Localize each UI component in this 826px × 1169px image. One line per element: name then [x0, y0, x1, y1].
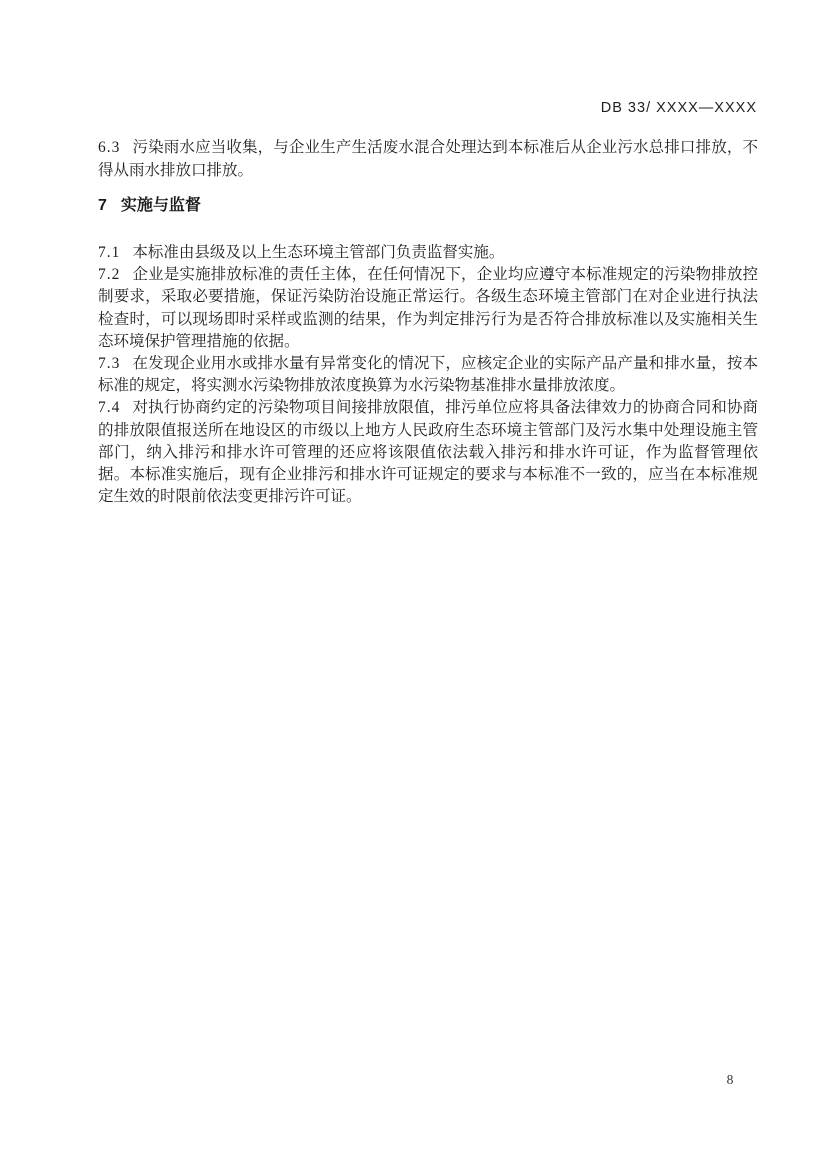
clause-7-2: 7.2企业是实施排放标准的责任主体，在任何情况下，企业均应遵守本标准规定的污染物… [98, 264, 758, 353]
page-number: 8 [720, 1072, 740, 1088]
clause-text: 本标准由县级及以上生态环境主管部门负责监督实施。 [132, 244, 504, 261]
clause-text: 对执行协商约定的污染物项目间接排放限值，排污单位应将具备法律效力的协商合同和协商… [98, 399, 758, 505]
clause-number: 7.2 [98, 264, 120, 286]
clause-text: 污染雨水应当收集，与企业生产生活废水混合处理达到本标准后从企业污水总排口排放，不… [98, 139, 758, 179]
section-7-body: 7.1本标准由县级及以上生态环境主管部门负责监督实施。 7.2企业是实施排放标准… [98, 242, 758, 508]
clause-text: 在发现企业用水或排水量有异常变化的情况下，应核定企业的实际产品产量和排水量，按本… [98, 355, 758, 394]
document-page: DB 33/ XXXX—XXXX 6.3污染雨水应当收集，与企业生产生活废水混合… [0, 0, 826, 1169]
page-content: 6.3污染雨水应当收集，与企业生产生活废水混合处理达到本标准后从企业污水总排口排… [98, 136, 758, 508]
clause-number: 7.4 [98, 397, 120, 419]
clause-number: 7.3 [98, 353, 120, 375]
clause-number: 6.3 [98, 136, 120, 159]
clause-7-1: 7.1本标准由县级及以上生态环境主管部门负责监督实施。 [98, 242, 758, 264]
section-title: 实施与监督 [121, 197, 201, 214]
section-7-heading: 7实施与监督 [98, 196, 758, 216]
clause-text: 企业是实施排放标准的责任主体，在任何情况下，企业均应遵守本标准规定的污染物排放控… [98, 266, 758, 350]
clause-7-3: 7.3在发现企业用水或排水量有异常变化的情况下，应核定企业的实际产品产量和排水量… [98, 353, 758, 397]
document-code-header: DB 33/ XXXX—XXXX [601, 100, 757, 116]
clause-7-4: 7.4对执行协商约定的污染物项目间接排放限值，排污单位应将具备法律效力的协商合同… [98, 397, 758, 508]
clause-6-3: 6.3污染雨水应当收集，与企业生产生活废水混合处理达到本标准后从企业污水总排口排… [98, 136, 758, 182]
clause-number: 7.1 [98, 242, 120, 264]
section-number: 7 [98, 196, 107, 216]
